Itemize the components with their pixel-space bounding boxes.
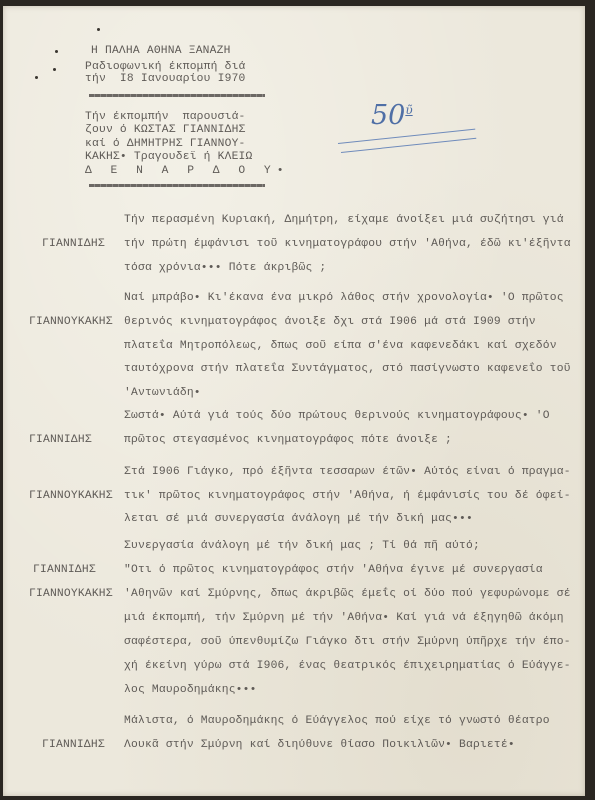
dialogue-line: Ναί μπράβο• Κι'έκανα ένα μικρό λάθος στή… bbox=[124, 292, 564, 304]
presenters-line-5: Δ Ε Ν Α Ρ Δ Ο Υ• bbox=[85, 165, 289, 177]
dialogue-line: Τήν περασμένη Κυριακή, Δημήτρη, είχαμε ά… bbox=[124, 214, 564, 226]
header-rule-bottom bbox=[89, 184, 265, 187]
dialogue-line: Σωστά• Αύτά γιά τούς δύο πρώτους θερινού… bbox=[124, 410, 550, 422]
dialogue-entry: ΓΙΑΝΝΙΔΗΣ Σωστά• Αύτά γιά τούς δύο πρώτο… bbox=[3, 410, 585, 470]
presenters-line-3: καί ό ΔΗΜΗΤΡΗΣ ΓΙΑΝΝΟΥ- bbox=[85, 138, 246, 150]
dialogue-line: τόσα χρόνια••• Πότε άκριβῶς ; bbox=[124, 262, 326, 274]
dialogue-line: πλατεΐα Μητροπόλεως, δπως σοῦ είπα σ'ένα… bbox=[124, 340, 557, 352]
dialogue-line: Λουκᾶ στήν Σμύρνη καί διηύθυνε θίασο Ποι… bbox=[124, 739, 515, 751]
dialogue-line: τήν πρώτη έμφάνισι τοῦ κινηματογράφου στ… bbox=[124, 238, 571, 250]
speaker-name: ΓΙΑΝΝΙΔΗΣ bbox=[42, 739, 105, 751]
dialogue-entry: ΓΙΑΝΝΙΔΗΣ Τήν περασμένη Κυριακή, Δημήτρη… bbox=[3, 214, 585, 286]
dialogue-line: ταυτόχρονα στήν πλατεΐα Συντάγματος, στό… bbox=[124, 363, 571, 375]
typewritten-page: Η ΠΑΛΗΑ ΑΘΗΝΑ ΞΑΝΑΖΗ Ραδιοφωνική έκπομπή… bbox=[3, 6, 585, 796]
dialogue-entry: ΓΙΑΝΝΙΔΗΣ Μάλιστα, ό Μαυροδημάκης ό Εύάγ… bbox=[3, 715, 585, 775]
presenters-line-1: Τήν έκπομπήν παρουσιά- bbox=[85, 111, 246, 123]
dialogue-line: θερινός κινηματογράφος άνοιξε δχι στά Ι9… bbox=[124, 316, 536, 328]
dialogue-line: μιά έκπομπή, τήν Σμύρνη μέ τήν 'Αθήνα• Κ… bbox=[124, 612, 564, 624]
paper-speck bbox=[55, 50, 58, 53]
presenters-line-2: ζουν ό ΚΩΣΤΑΣ ΓΙΑΝΝΙΔΗΣ bbox=[85, 124, 246, 136]
dialogue-line: Συνεργασία άνάλογη μέ τήν δική μας ; Τί … bbox=[124, 540, 480, 552]
dialogue-entry: ΓΙΑΝΝΟΥΚΑΚΗΣ "Οτι ό πρῶτος κινηματογράφο… bbox=[3, 564, 585, 672]
dialogue-line: τικ' πρῶτος κινηματογράφος στήν 'Αθήνα, … bbox=[124, 490, 571, 502]
presenters-block: Τήν έκπομπήν παρουσιά- ζουν ό ΚΩΣΤΑΣ ΓΙΑ… bbox=[85, 6, 113, 90]
annotation-suffix: ῦ bbox=[405, 103, 412, 117]
dialogue-line: χή έκείνη γύρω στά Ι906, ένας θεατρικός … bbox=[124, 660, 571, 672]
paper-speck bbox=[35, 76, 38, 79]
dialogue-line: λος Μαυροδημάκης••• bbox=[124, 684, 257, 696]
dialogue-line: 'Αντωνιάδη• bbox=[124, 387, 201, 399]
speaker-name: ΓΙΑΝΝΟΥΚΑΚΗΣ bbox=[29, 490, 113, 502]
dialogue-line: 'Αθηνῶν καί Σμύρνης, δπως άκριβῶς έμεΐς … bbox=[124, 588, 571, 600]
handwritten-page-number: 50ῦ bbox=[371, 100, 413, 131]
speaker-name: ΓΙΑΝΝΟΥΚΑΚΗΣ bbox=[29, 316, 113, 328]
dialogue-line: σαφέστερα, σοῦ ύπενθυμίζω Γιάγκο δτι στή… bbox=[124, 636, 571, 648]
presenters-line-4: ΚΑΚΗΣ• Τραγουδεϊ ή ΚΛΕΙΩ bbox=[85, 151, 253, 163]
dialogue-entry: ΓΙΑΝΝΟΥΚΑΚΗΣ Ναί μπράβο• Κι'έκανα ένα μι… bbox=[3, 292, 585, 388]
dialogue-line: λεται σέ μιά συνεργασία άνάλογη μέ τήν δ… bbox=[124, 513, 473, 525]
speaker-name: ΓΙΑΝΝΙΔΗΣ bbox=[42, 238, 105, 250]
dialogue-entry: ΓΙΑΝΝΟΥΚΑΚΗΣ Στά Ι906 Γιάγκο, πρό έξῆντα… bbox=[3, 466, 585, 538]
dialogue-line: "Οτι ό πρῶτος κινηματογράφος στήν 'Αθήνα… bbox=[124, 564, 543, 576]
annotation-number: 50 bbox=[371, 100, 405, 131]
paper-speck bbox=[53, 68, 56, 71]
dialogue-line: πρῶτος στεγασμένος κινηματογράφος πότε ά… bbox=[124, 434, 452, 446]
dialogue-line: Στά Ι906 Γιάγκο, πρό έξῆντα τεσσαρων έτῶ… bbox=[124, 466, 571, 478]
dialogue-line: Μάλιστα, ό Μαυροδημάκης ό Εύάγγελος πού … bbox=[124, 715, 550, 727]
header-rule-top bbox=[89, 94, 265, 97]
speaker-name: ΓΙΑΝΝΙΔΗΣ bbox=[29, 434, 92, 446]
speaker-name: ΓΙΑΝΝΟΥΚΑΚΗΣ bbox=[29, 588, 113, 600]
